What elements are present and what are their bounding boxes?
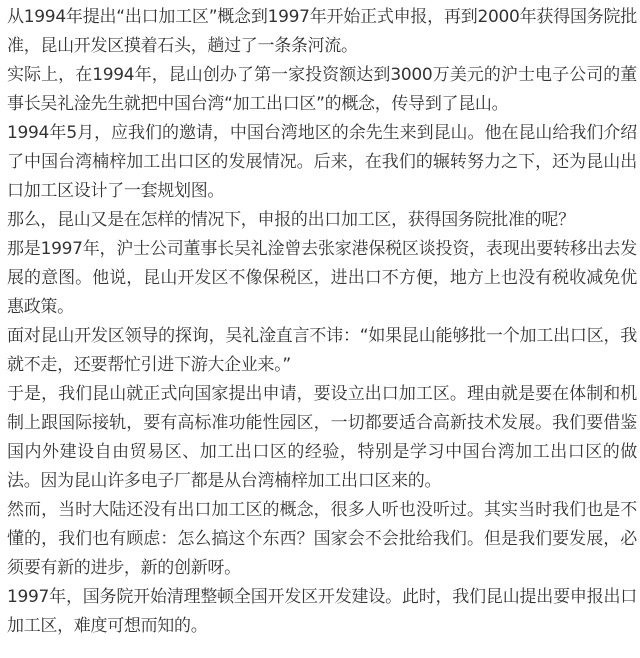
paragraph: 那是1997年，沪士公司董事长吴礼淦曾去张家港保税区谈投资，表现出要转移出去发展… (7, 235, 637, 322)
paragraph: 然而，当时大陆还没有出口加工区的概念，很多人听也没听过。其实当时我们也是不懂的，… (7, 496, 637, 583)
paragraph: 面对昆山开发区领导的探询，吴礼淦直言不讳：“如果昆山能够批一个加工出口区，我就不… (7, 322, 637, 380)
paragraph: 实际上，在1994年，昆山创办了第一家投资额达到3000万美元的沪士电子公司的董… (7, 61, 637, 119)
paragraph: 1994年5月，应我们的邀请，中国台湾地区的余先生来到昆山。他在昆山给我们介绍了… (7, 119, 637, 206)
paragraph: 于是，我们昆山就正式向国家提出申请，要设立出口加工区。理由就是要在体制和机制上跟… (7, 380, 637, 496)
paragraph: 1997年，国务院开始清理整顿全国开发区开发建设。此时，我们昆山提出要申报出口加… (7, 583, 637, 641)
paragraph: 那么，昆山又是在怎样的情况下，申报的出口加工区，获得国务院批准的呢？ (7, 206, 637, 235)
paragraph: 从1994年提出“出口加工区”概念到1997年开始正式申报，再到2000年获得国… (7, 3, 637, 61)
article-body: 从1994年提出“出口加工区”概念到1997年开始正式申报，再到2000年获得国… (7, 3, 637, 641)
